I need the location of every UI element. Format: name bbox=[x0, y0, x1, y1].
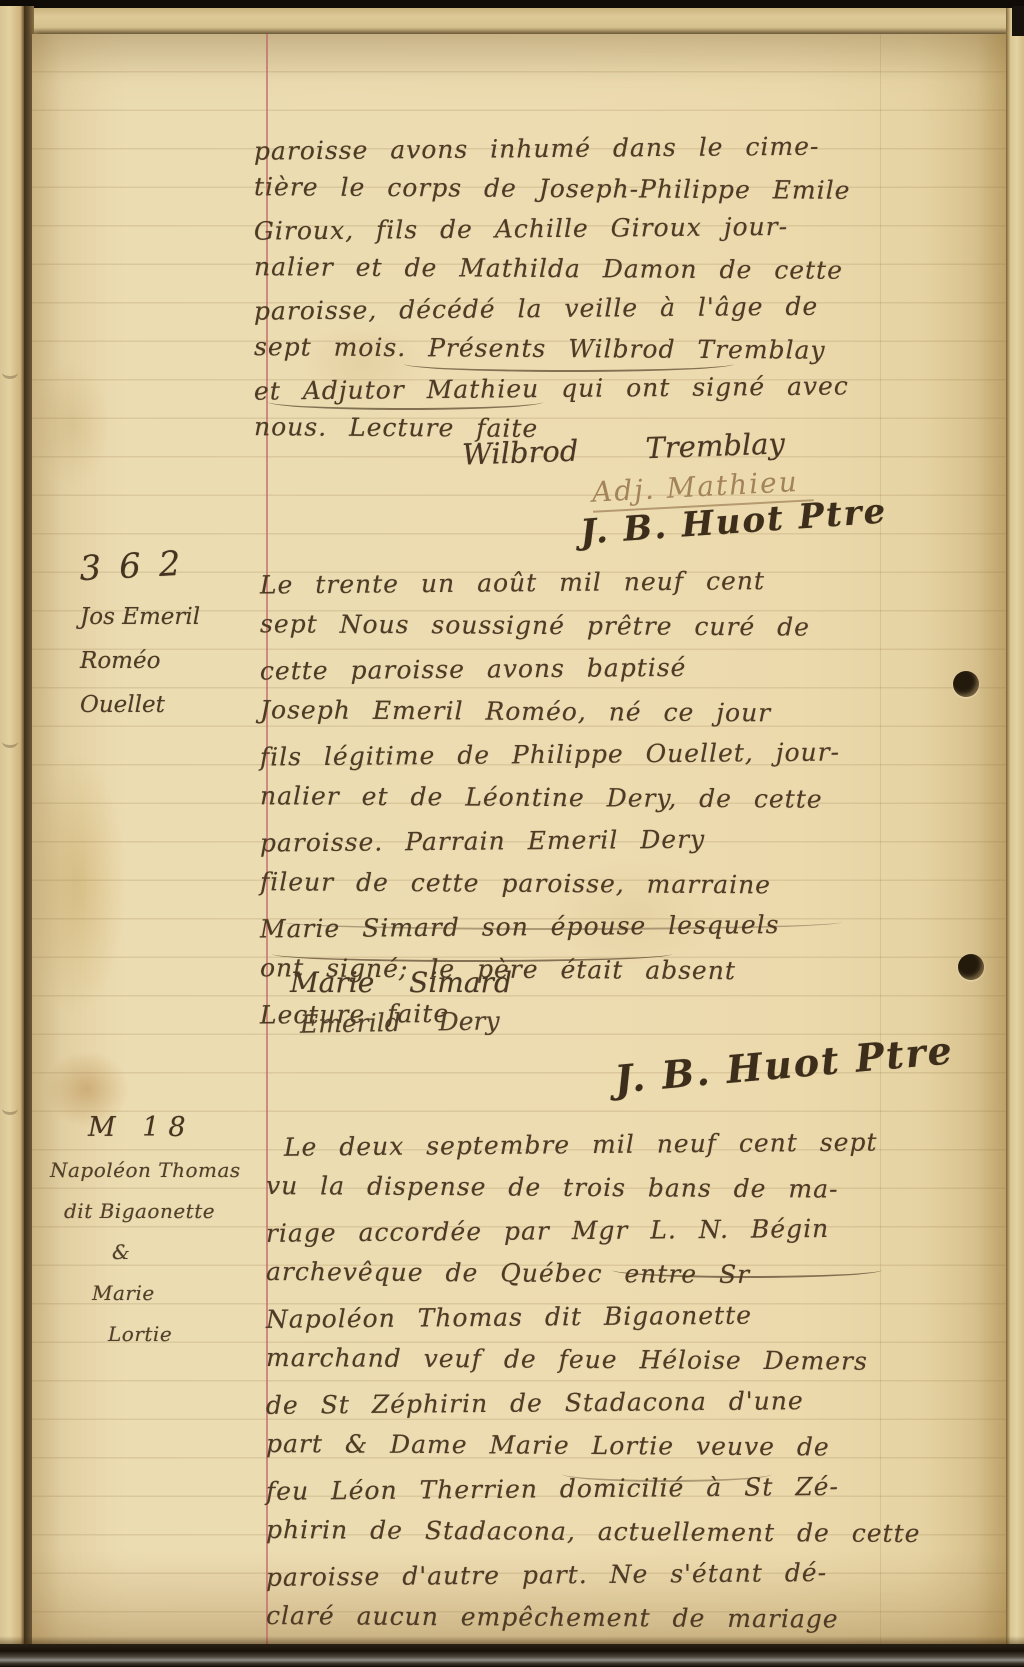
handwritten-line: Napoléon Thomas dit Bigaonette bbox=[266, 1299, 921, 1348]
scanned-register-photo: paroisse avons inhumé dans le cime- tièr… bbox=[0, 0, 1024, 1667]
pen-underline-stroke bbox=[404, 356, 734, 372]
punched-hole bbox=[958, 954, 984, 980]
margin-name-line: Jos Emeril bbox=[80, 604, 200, 648]
bleed-through-mark bbox=[2, 735, 18, 748]
handwritten-line: Joseph Emeril Roméo, né ce jour bbox=[260, 695, 840, 742]
punched-hole bbox=[953, 671, 979, 697]
signature-marie-simard: Marie Simard bbox=[290, 966, 512, 999]
handwritten-line: paroisse. Parrain Emeril Dery bbox=[260, 823, 840, 871]
handwritten-line: de St Zéphirin de Stadacona d'une bbox=[266, 1385, 921, 1434]
handwritten-line: Le trente un août mil neuf cent bbox=[260, 565, 840, 613]
handwritten-line: paroisse avons inhumé dans le cime- bbox=[254, 131, 851, 176]
table-edge bbox=[0, 1644, 1024, 1667]
handwritten-line: fils légitime de Philippe Ouellet, jour- bbox=[260, 737, 840, 785]
handwritten-line: paroisse, décédé la veille à l'âge de bbox=[254, 291, 851, 336]
margin-name-line: & bbox=[50, 1240, 241, 1281]
margin-name-line: Napoléon Thomas bbox=[50, 1158, 241, 1199]
pen-underline-stroke bbox=[268, 394, 543, 410]
handwritten-line: paroisse d'autre part. Ne s'étant dé- bbox=[266, 1557, 921, 1606]
signature-emerild-dery: Emerild Dery bbox=[300, 1006, 500, 1038]
page-bottom-shadow bbox=[0, 1636, 1024, 1644]
handwritten-line: nalier et de Mathilda Damon de cette bbox=[254, 252, 851, 296]
handwritten-line: Giroux, fils de Achille Giroux jour- bbox=[254, 211, 851, 256]
stacked-page-edges-top bbox=[0, 8, 1006, 36]
handwritten-line: cette paroisse avons baptisé bbox=[260, 651, 840, 699]
pen-underline-stroke bbox=[272, 946, 672, 962]
handwritten-line: nalier et de Léontine Dery, de cette bbox=[260, 781, 840, 828]
bleed-through-mark bbox=[2, 1102, 18, 1115]
handwritten-line: fileur de cette paroisse, marraine bbox=[260, 867, 840, 914]
margin-annotation: M 18 Napoléon Thomas dit Bigaonette & Ma… bbox=[50, 1112, 241, 1363]
margin-name-line: Lortie bbox=[50, 1322, 241, 1363]
top-right-gap bbox=[1012, 6, 1024, 36]
margin-name-line: Roméo bbox=[80, 648, 200, 692]
margin-name-line: dit Bigaonette bbox=[50, 1199, 241, 1240]
handwritten-line: phirin de Stadacona, actuellement de cet… bbox=[266, 1515, 921, 1562]
pen-underline-stroke bbox=[612, 1262, 882, 1278]
facing-page-edge bbox=[0, 6, 24, 1656]
margin-name-line: Ouellet bbox=[80, 692, 200, 736]
register-page: paroisse avons inhumé dans le cime- tièr… bbox=[32, 34, 1006, 1646]
handwritten-line: Le deux septembre mil neuf cent sept bbox=[266, 1127, 921, 1176]
handwritten-line: riage accordée par Mgr L. N. Bégin bbox=[266, 1213, 921, 1262]
bleed-through-mark bbox=[2, 366, 18, 379]
handwritten-line: marchand veuf de feue Héloise Demers bbox=[266, 1343, 921, 1390]
record-body: Le deux septembre mil neuf cent sept vu … bbox=[266, 1130, 920, 1646]
record-number: M 18 bbox=[50, 1112, 241, 1158]
pen-underline-stroke bbox=[562, 1466, 772, 1482]
handwritten-line: sept Nous soussigné prêtre curé de bbox=[260, 609, 840, 656]
record-number: 362 bbox=[79, 543, 202, 607]
margin-name-line: Marie bbox=[50, 1281, 241, 1322]
handwritten-line: vu la dispense de trois bans de ma- bbox=[266, 1171, 921, 1218]
handwritten-line: tière le corps de Joseph-Philippe Emile bbox=[254, 172, 851, 216]
pen-underline-stroke bbox=[282, 914, 842, 930]
margin-annotation: 362 Jos Emeril Roméo Ouellet bbox=[80, 546, 200, 736]
adjacent-page-edge bbox=[1006, 8, 1024, 1650]
